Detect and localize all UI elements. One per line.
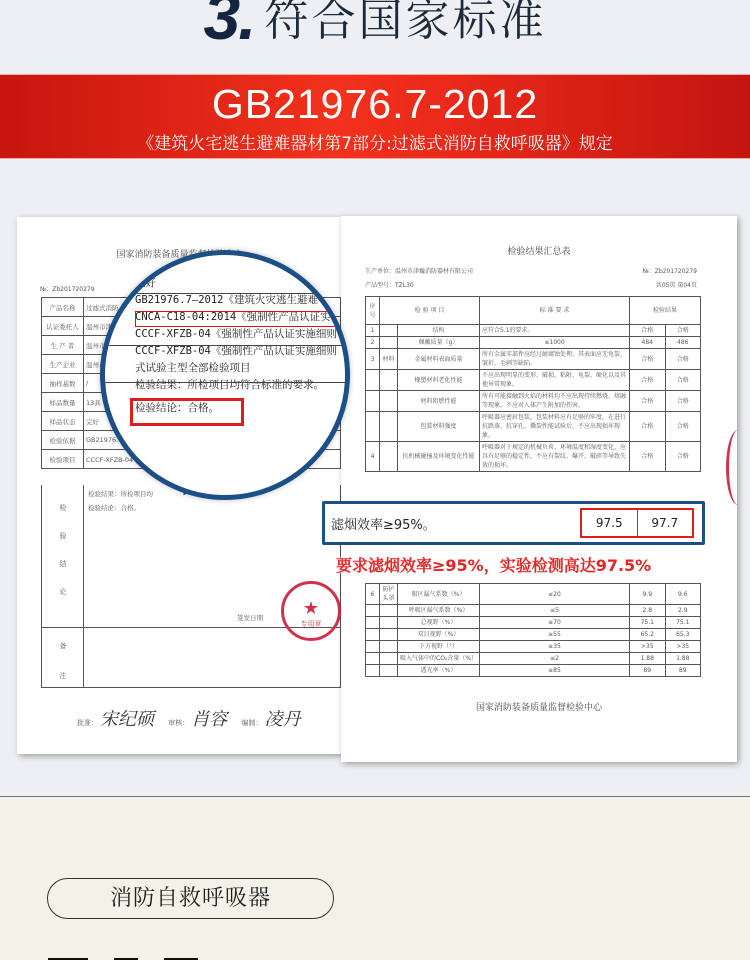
summary-report-number: №：Zb201720279 <box>642 266 697 275</box>
standard-highlight <box>135 311 350 327</box>
filter-efficiency-results: 97.5 97.7 <box>580 508 694 538</box>
magnified-line: 完好 <box>135 275 350 292</box>
table-row: 双目视野（%）≥5565.265.3 <box>366 629 701 641</box>
table-row: 透光率（%）≥858989 <box>366 665 701 677</box>
result-value-2: 97.7 <box>638 510 693 536</box>
approve-signature: 宋纪硕 <box>100 709 154 730</box>
table-row: 1结构应符合5.1的要求。合格合格 <box>366 325 701 337</box>
table-row: 吸入气体中的CO₂含量（%）≤21.881.88 <box>366 653 701 665</box>
standard-code: GB21976.7-2012 <box>0 81 750 128</box>
filter-efficiency-requirement: 滤烟效率≥95%。 <box>331 514 436 533</box>
results-summary-page: 检验结果汇总表 生产单位：温州市津巍消防器材有限公司 产品型号：TZL30 №：… <box>341 216 737 762</box>
issue-date-label: 签发日期 <box>237 613 263 622</box>
magnifier-callout: 完好GB21976.7—2012《建筑火灾逃生避难CNCA-C18-04:201… <box>100 250 350 500</box>
result-line: 检验结果：所检项目均 <box>88 489 153 498</box>
result-value-1: 97.5 <box>582 510 638 536</box>
table-row: 3材料金属材料表面质量所有金属零部件应经过耐腐蚀处理。其表面应无龟裂、皱折、毛刺… <box>366 349 701 370</box>
table-row: 橡塑材料老化性能不应出现明显的变形、破损、粘附、龟裂、硬化以及其他异常现象。合格… <box>366 370 701 391</box>
conclusion-label-2: 验 <box>42 531 84 541</box>
product-category-pill: 消防自救呼吸器 <box>47 878 334 919</box>
conclusion-label-4: 论 <box>42 587 84 597</box>
remarks-label-2: 注 <box>42 671 84 681</box>
report-number: №：Zb201720279 <box>40 284 95 293</box>
conclusion-label-1: 检 <box>42 503 84 513</box>
standard-subtitle: 《建筑火宅逃生避难器材第7部分:过滤式消防自救呼吸器》规定 <box>0 129 750 154</box>
magnified-line: 式试验主型全部检验项目 <box>135 360 350 377</box>
signature-row: 批准：宋纪硕 审核：肖容 编制：凌丹 <box>77 705 312 731</box>
conclusion-highlight-box <box>130 398 244 426</box>
summary-title: 检验结果汇总表 <box>341 244 737 257</box>
remarks-label-1: 备 <box>42 641 84 651</box>
standard-banner: GB21976.7-2012 《建筑火宅逃生避难器材第7部分:过滤式消防自救呼吸… <box>0 75 750 158</box>
section-title: 符合国家标准 <box>265 0 547 46</box>
conclusion-label-3: 结 <box>42 559 84 569</box>
summary-footer: 国家消防装备质量监督检验中心 <box>341 700 737 713</box>
table-row: 总视野（%）≥7075.175.1 <box>366 617 701 629</box>
table-row: 呼吸区漏气系数（%）≤52.82.9 <box>366 605 701 617</box>
next-section: 消防自救呼吸器 <box>0 796 750 960</box>
table-row: 2佩戴质量（g）≤1000484486 <box>366 337 701 349</box>
results-table: 序号 检 验 项 目 标 准 要 求 检验结果 1结构应符合5.1的要求。合格合… <box>365 296 701 472</box>
conclusion-line: 检验结论：合格。 <box>88 503 140 512</box>
table-row: 6防护头罩眼区漏气系数（%）≤209.99.6 <box>366 584 701 605</box>
magnified-line: 检验结果：所检项目均符合标准的要求。 <box>135 377 350 394</box>
filter-efficiency-highlight: 滤烟效率≥95%。 97.5 97.7 <box>322 501 705 545</box>
compile-signature: 凌丹 <box>264 709 300 730</box>
stamp-edge <box>726 430 750 505</box>
highlight-caption: 要求滤烟效率≥95%，实验检测高达97.5% <box>336 553 651 576</box>
star-icon: ★ <box>284 598 338 619</box>
review-signature: 肖容 <box>191 709 227 730</box>
page-count: 共05页 第04页 <box>656 280 697 289</box>
official-stamp: ★专用章 <box>281 581 341 641</box>
magnified-line: CCCF-XFZB-04《强制性产品认证实施细则 <box>135 326 350 343</box>
magnified-text: 完好GB21976.7—2012《建筑火灾逃生避难CNCA-C18-04:201… <box>135 275 350 417</box>
table-row: 材料阻燃性能所有可能接触到火焰的材料均不应出现持续燃烧、熔融等现象，不应对人体产… <box>366 391 701 412</box>
results-table-head-cover: 6防护头罩眼区漏气系数（%）≤209.99.6呼吸区漏气系数（%）≤52.82.… <box>365 583 701 677</box>
section-heading: 3.符合国家标准 <box>0 0 750 54</box>
magnified-line: GB21976.7—2012《建筑火灾逃生避难 <box>135 292 350 309</box>
table-row: 包装材料强度呼吸器应密封包装，包装材料应有足够的牢度，在进行抗跌落、抗穿孔、撕裂… <box>366 412 701 442</box>
table-row: 下方视野（°）≥35>35>35 <box>366 641 701 653</box>
product-model: 产品型号：TZL30 <box>365 280 414 289</box>
table-row: 4抗机械碰撞及环境变化性能呼吸器对于规定的机械负荷、环境温度和湿度变化，应具有足… <box>366 442 701 472</box>
producer: 生产单位：温州市津巍消防器材有限公司 <box>365 266 473 275</box>
cropped-heading <box>48 953 248 960</box>
section-number: 3. <box>203 0 254 53</box>
